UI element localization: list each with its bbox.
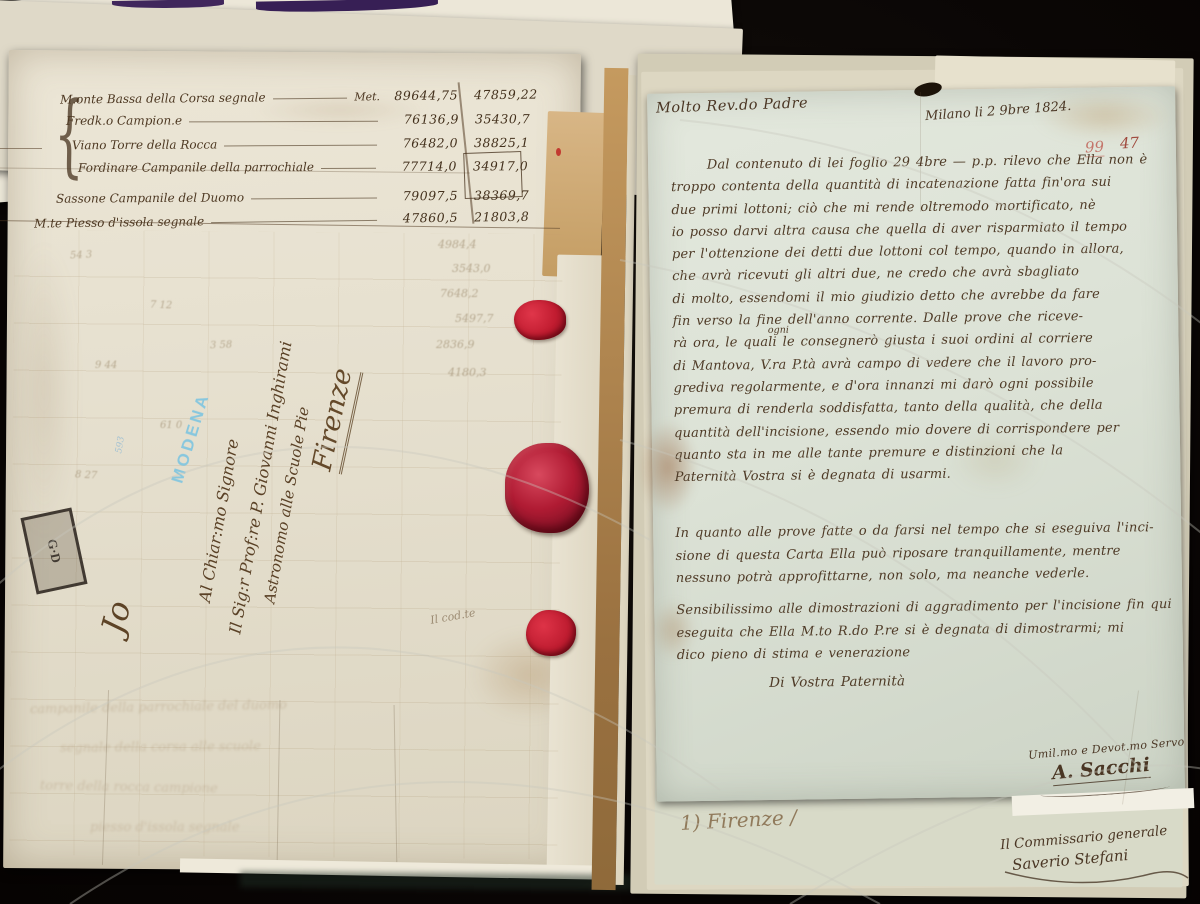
leader-line [321, 168, 376, 169]
ledger-row-label: Viano Torre della Rocca [72, 137, 217, 152]
ghost-writing-line: torre della rocca campione [40, 778, 218, 796]
letter-paragraph-2: In quanto alle prove fatte o da farsi ne… [675, 517, 1178, 590]
wax-seal-large [505, 443, 589, 533]
faint-number: 5497,7 [455, 312, 494, 325]
black-stamp-letters: G·D [44, 538, 65, 565]
ledger-value-2: 47859,22 [474, 86, 552, 102]
letter-paragraph-3: Sensibilissimo alle dimostrazioni di agg… [676, 594, 1179, 667]
letter-line: Paternità Vostra si è degnata di usarmi. [675, 461, 1177, 489]
faint-pencil-mark: 54 3 [70, 249, 93, 261]
leader-line [224, 145, 377, 147]
letter-paragraph-1: Dal contenuto di lei foglio 29 4bre — p.… [671, 149, 1177, 490]
ledger-unit-prefix: Met. [354, 90, 380, 103]
ledger-value-1: 47860,5 [384, 210, 458, 226]
red-mark-on-tan-edge [556, 148, 561, 156]
ledger-value-1: 89644,75 [384, 87, 458, 103]
interlinear-insertion: ogni [768, 325, 789, 336]
faint-pencil-mark: 8 27 [75, 469, 98, 481]
faint-number: 7648,2 [440, 287, 479, 300]
ledger-row-label: Fordinare Campanile della parrochiale [78, 160, 314, 175]
ledger-row: Viano Torre della Rocca 76482,0 38825,1 [72, 130, 552, 153]
leader-line [189, 121, 378, 123]
faint-pencil-mark: 61 0 [160, 420, 182, 431]
letter-line: nessuno potrà approfittarne, non solo, m… [676, 562, 1178, 590]
ledger-value-1: 79097,5 [384, 188, 458, 204]
leader-line [273, 98, 348, 100]
ledger-row: Fredk.o Campion.e 76136,9 35430,7 [66, 106, 553, 128]
ghost-writing-line: segnale della corsa alle scuole [60, 739, 261, 756]
letter-body: Dal contenuto di lei foglio 29 4bre — p.… [671, 149, 1180, 696]
faint-number: 4180,3 [448, 366, 487, 379]
ledger-box-outline [463, 151, 523, 199]
ledger-row-label: Sassone Campanile del Duomo [56, 190, 244, 205]
ledger-hline-left-short [0, 148, 42, 149]
faint-pencil-mark: 9 44 [95, 360, 117, 371]
ledger-value-2: 35430,7 [475, 111, 553, 126]
faint-number: 4984,4 [438, 238, 477, 251]
faint-number: 3543,0 [452, 262, 491, 275]
ledger-row-label: Fredk.o Campion.e [66, 113, 182, 127]
registrar-flourish [1000, 864, 1195, 892]
wax-seal-small-top [514, 300, 566, 340]
faint-pencil-mark: 3 58 [210, 340, 233, 352]
ledger-value-1: 76482,0 [384, 135, 458, 150]
faint-pencil-mark: 7 12 [150, 300, 173, 312]
leader-line [251, 197, 377, 199]
ledger-value-1: 76136,9 [385, 111, 459, 126]
wax-seal-small-bottom [526, 610, 576, 656]
archival-documents-photo: { M.onte Bassa della Corsa segnale Met. … [0, 0, 1200, 904]
ledger-value-2: 21803,8 [474, 208, 552, 224]
ledger-value-2: 38825,1 [474, 135, 552, 150]
ghost-writing-line: piesso d'issola segnale [90, 820, 239, 835]
ledger-row-label: M.onte Bassa della Corsa segnale [60, 90, 266, 106]
faint-number: 2836,9 [436, 338, 475, 351]
letter-line: dico pieno di stima e venerazione [677, 639, 1179, 667]
